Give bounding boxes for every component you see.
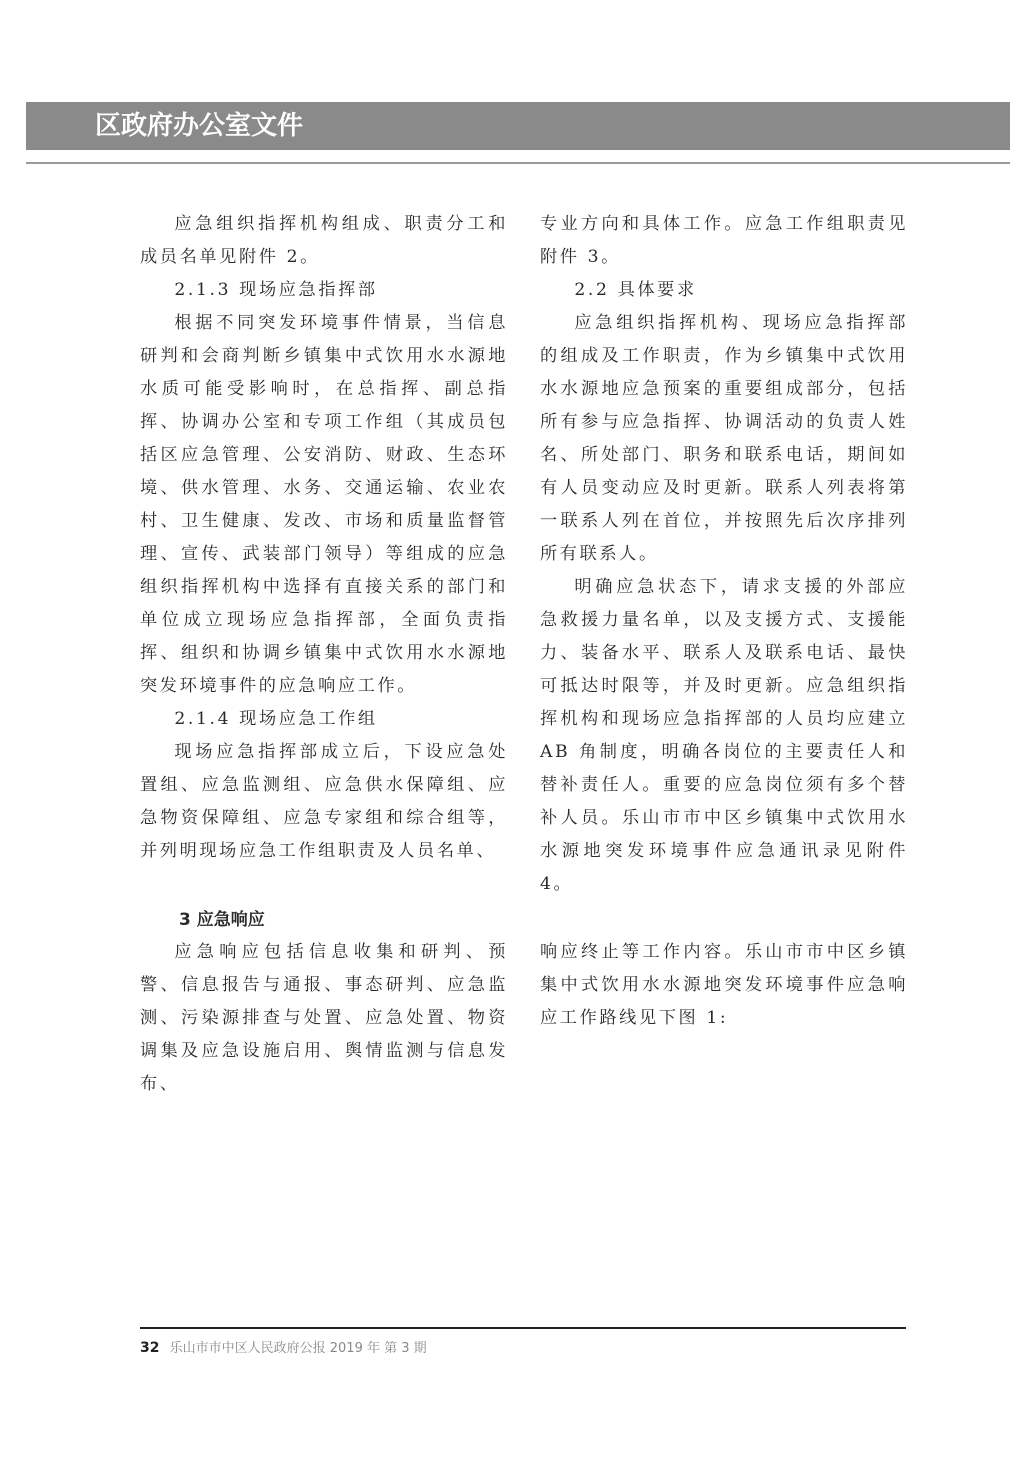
document-header-bar: 区政府办公室文件 <box>26 102 1010 150</box>
paragraph: 应急组织指挥机构组成、职责分工和成员名单见附件 2。 <box>140 208 508 274</box>
footer-divider <box>140 1327 906 1329</box>
paragraph: 应急响应包括信息收集和研判、预警、信息报告与通报、事态研判、应急监测、污染源排查… <box>140 936 508 1101</box>
paragraph: 根据不同突发环境事件情景，当信息研判和会商判断乡镇集中式饮用水水源地水质可能受影… <box>140 307 508 703</box>
column-left-upper: 应急组织指挥机构组成、职责分工和成员名单见附件 2。 2.1.3 现场应急指挥部… <box>140 208 508 868</box>
page-number: 32 <box>140 1340 159 1356</box>
subheading-2-1-4: 2.1.4 现场应急工作组 <box>140 703 508 736</box>
paragraph: 现场应急指挥部成立后，下设应急处置组、应急监测组、应急供水保障组、应急物资保障组… <box>140 736 508 868</box>
paragraph-continuation: 专业方向和具体工作。应急工作组职责见附件 3。 <box>540 208 908 274</box>
publication-info: 乐山市市中区人民政府公报 2019 年 第 3 期 <box>170 1341 427 1356</box>
column-left-lower: 应急响应包括信息收集和研判、预警、信息报告与通报、事态研判、应急监测、污染源排查… <box>140 936 508 1101</box>
section-heading-3: 3 应急响应 <box>179 904 265 937</box>
page-footer: 32 乐山市市中区人民政府公报 2019 年 第 3 期 <box>140 1337 427 1360</box>
document-header-title: 区政府办公室文件 <box>95 108 303 144</box>
paragraph: 应急组织指挥机构、现场应急指挥部的组成及工作职责，作为乡镇集中式饮用水水源地应急… <box>540 307 908 571</box>
subheading-2-2: 2.2 具体要求 <box>540 274 908 307</box>
subheading-2-1-3: 2.1.3 现场应急指挥部 <box>140 274 508 307</box>
column-right-upper: 专业方向和具体工作。应急工作组职责见附件 3。 2.2 具体要求 应急组织指挥机… <box>540 208 908 901</box>
paragraph: 明确应急状态下，请求支援的外部应急救援力量名单，以及支援方式、支援能力、装备水平… <box>540 571 908 901</box>
column-right-lower: 响应终止等工作内容。乐山市市中区乡镇集中式饮用水水源地突发环境事件应急响应工作路… <box>540 936 908 1035</box>
header-divider <box>26 162 1010 164</box>
paragraph-continuation: 响应终止等工作内容。乐山市市中区乡镇集中式饮用水水源地突发环境事件应急响应工作路… <box>540 936 908 1035</box>
